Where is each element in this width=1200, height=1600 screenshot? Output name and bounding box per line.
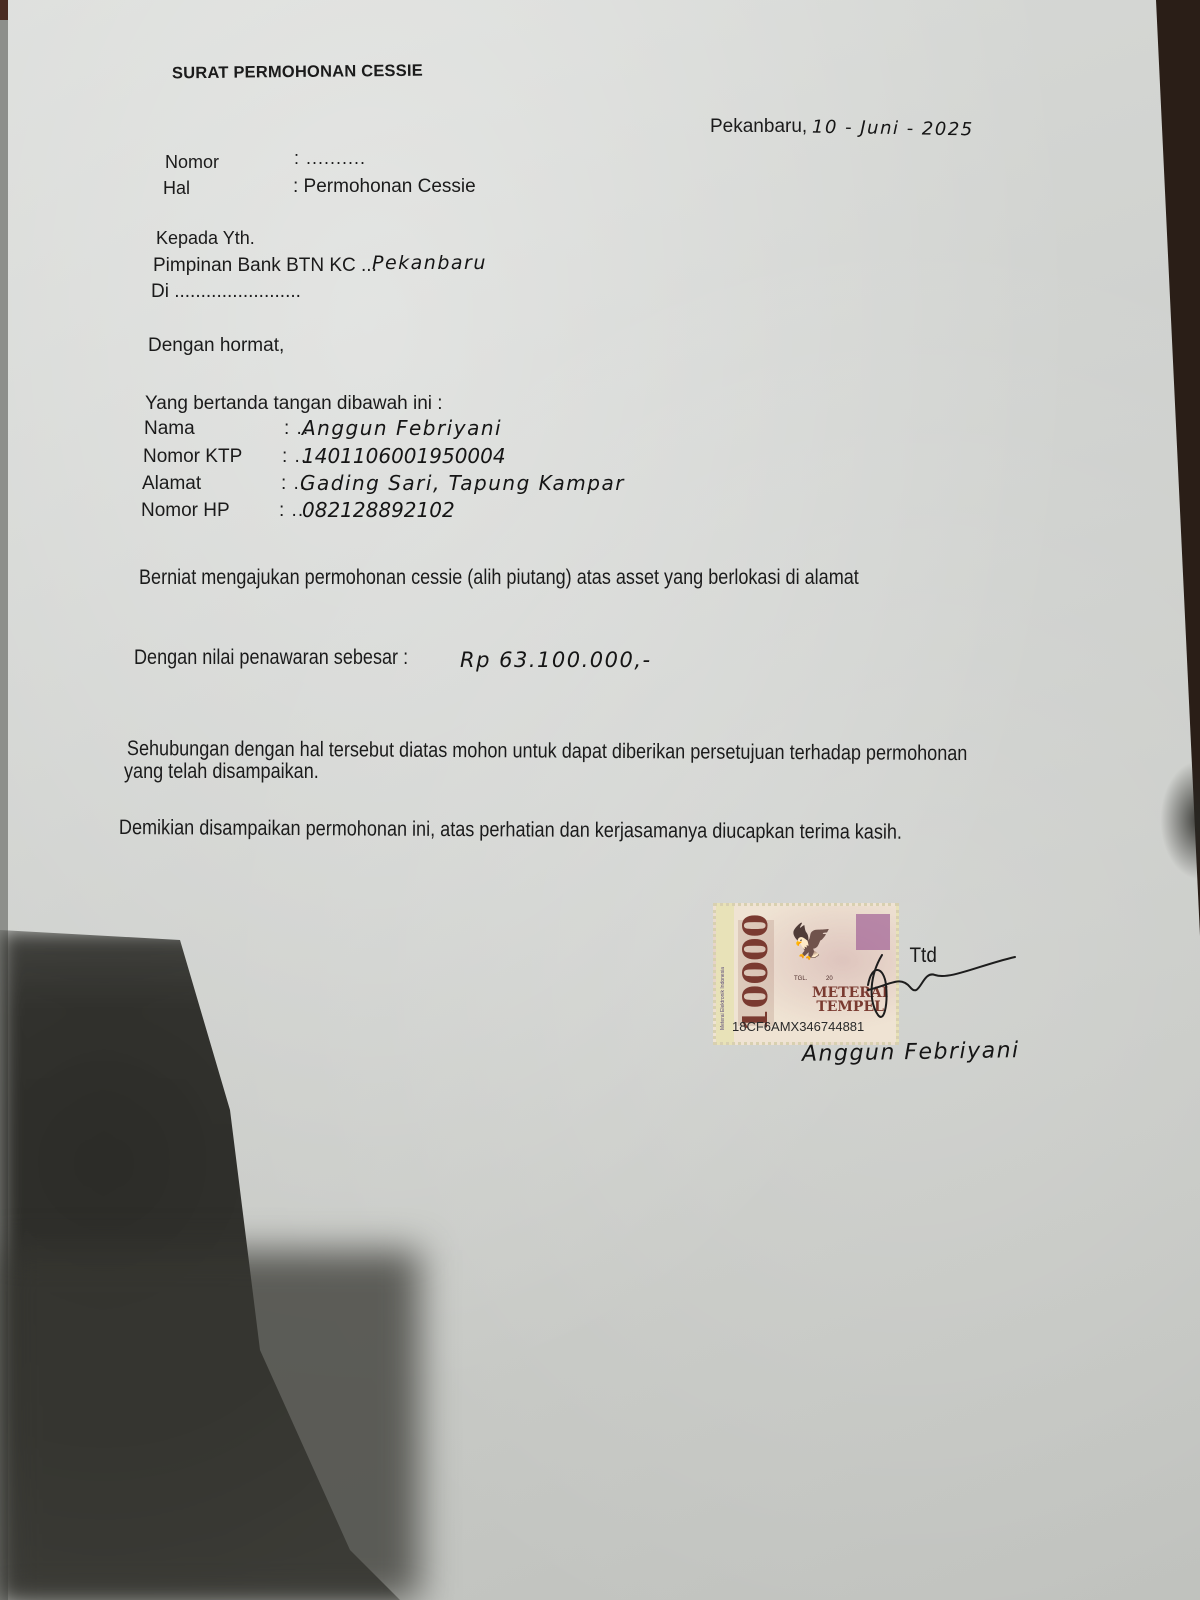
offer-value: Rp 63.100.000,- (460, 648, 652, 672)
hp-label: Nomor HP (141, 500, 230, 522)
document-title: SURAT PERMOHONAN CESSIE (172, 62, 423, 84)
recipient-branch-handwritten: Pekanbaru (372, 252, 487, 274)
date-handwritten: 10 - Juni - 2025 (812, 117, 974, 141)
ktp-value: 1401106001950004 (302, 444, 506, 468)
nomor-value: : .......... (294, 148, 366, 169)
stamp-tgl-label: TGL. (794, 976, 807, 982)
purpose-text: Berniat mengajukan permohonan cessie (al… (139, 566, 859, 590)
alamat-value: Gading Sari, Tapung Kampar (300, 471, 625, 495)
place-label: Pekanbaru, (710, 116, 807, 138)
recipient-line2-printed: Pimpinan Bank BTN KC ... (153, 255, 377, 277)
nomor-label: Nomor (165, 152, 219, 173)
ktp-label: Nomor KTP (143, 446, 242, 468)
stamp-serial: 18CF6AMX346744881 (732, 1019, 864, 1034)
offer-label: Dengan nilai penawaran sebesar : (134, 646, 408, 670)
nama-label: Nama (144, 418, 195, 440)
body-paragraph-line2: yang telah disampaikan. (124, 760, 319, 784)
finger-shadow-right (1160, 760, 1200, 880)
stamp-year-prefix: 20 (826, 976, 833, 982)
alamat-label: Alamat (142, 473, 201, 495)
phone-shadow-lower (0, 1250, 420, 1600)
intro-text: Yang bertanda tangan dibawah ini : (145, 393, 443, 415)
hal-value: : Permohonan Cessie (293, 176, 476, 198)
recipient-line1: Kepada Yth. (156, 228, 255, 249)
signature-scribble-icon (860, 945, 1030, 1035)
salutation: Dengan hormat, (148, 335, 284, 357)
hp-value: 082128892102 (302, 498, 455, 522)
stamp-denomination: 10000 (738, 920, 774, 1026)
hp-prefix: : .. (279, 500, 304, 522)
garuda-emblem-icon: 🦅 (790, 922, 832, 962)
recipient-line3: Di ........................ (151, 281, 301, 303)
nama-value: Anggun Febriyani (302, 416, 502, 440)
hal-label: Hal (163, 178, 190, 199)
signer-name: Anggun Febriyani (802, 1038, 1020, 1067)
stamp-side-text: Meterai Elektronik Indonesia (720, 920, 732, 1030)
closing-text: Demikian disampaikan permohonan ini, ata… (119, 816, 902, 845)
